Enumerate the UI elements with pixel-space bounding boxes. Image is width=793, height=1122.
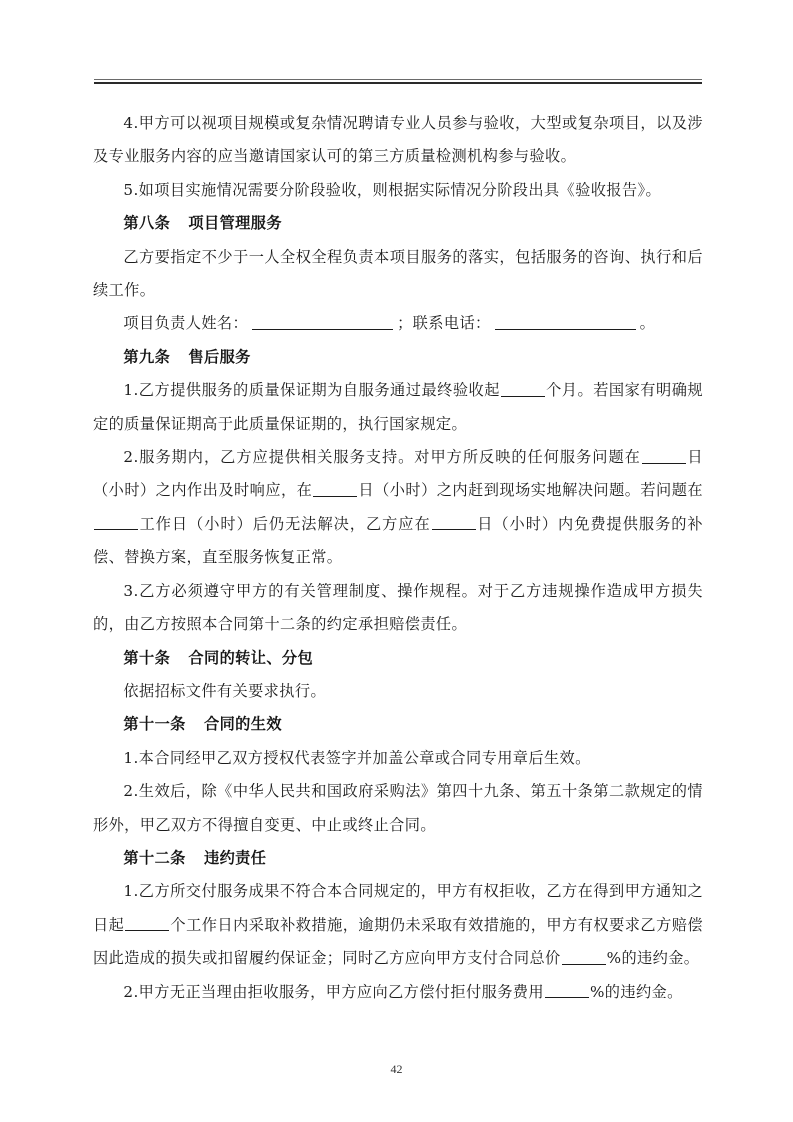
clause-title: 合同的生效	[204, 715, 282, 733]
paragraph-text: 依据招标文件有关要求执行。	[123, 682, 326, 700]
replacement-days-field[interactable]	[432, 513, 476, 530]
clause-8-heading: 第八条项目管理服务	[93, 207, 703, 240]
document-body: 4.甲方可以视项目规模或复杂情况聘请专业人员参与验收，大型或复杂项目，以及涉及专…	[93, 107, 703, 1009]
clause-number: 第八条	[123, 214, 170, 232]
paragraph-text: 1.本合同经甲乙双方授权代表签字并加盖公章或合同专用章后生效。	[123, 749, 590, 767]
clause-9-item-1: 1.乙方提供服务的质量保证期为自服务通过最终验收起个月。若国家有明确规定的质量保…	[93, 374, 703, 441]
clause-number: 第十二条	[123, 849, 185, 867]
paragraph-text: 2.甲方无正当理由拒收服务，甲方应向乙方偿付拒付服务费用	[123, 983, 544, 1001]
clause-title: 合同的转让、分包	[188, 649, 313, 667]
paragraph-text: 1.乙方提供服务的质量保证期为自服务通过最终验收起	[123, 381, 500, 399]
onsite-time-field[interactable]	[313, 480, 357, 497]
penalty-percent-field[interactable]	[562, 948, 606, 965]
clause-12-item-1: 1.乙方所交付服务成果不符合本合同规定的，甲方有权拒收，乙方在得到甲方通知之日起…	[93, 875, 703, 975]
paragraph-text: 5.如项目实施情况需要分阶段验收，则根据实际情况分阶段出具《验收报告》。	[123, 181, 661, 199]
clause-12-heading: 第十二条违约责任	[93, 842, 703, 875]
phone-field[interactable]	[495, 313, 636, 330]
period: 。	[640, 314, 656, 332]
clause-12-item-2: 2.甲方无正当理由拒收服务，甲方应向乙方偿付拒付服务费用%的违约金。	[93, 976, 703, 1009]
clause-10-body: 依据招标文件有关要求执行。	[93, 675, 703, 708]
paragraph-text: 2.生效后，除《中华人民共和国政府采购法》第四十九条、第五十条第二款规定的情形外…	[93, 782, 703, 833]
clause-number: 第十条	[123, 649, 170, 667]
paragraph-text: 4.甲方可以视项目规模或复杂情况聘请专业人员参与验收，大型或复杂项目，以及涉及专…	[93, 114, 703, 165]
paragraph-text: 乙方要指定不少于一人全权全程负责本项目服务的落实，包括服务的咨询、执行和后续工作…	[93, 248, 703, 299]
page-number: 42	[0, 1062, 793, 1077]
unresolved-days-field[interactable]	[94, 513, 138, 530]
paragraph-text: %的违约金。	[607, 949, 700, 967]
clause-7-item-5: 5.如项目实施情况需要分阶段验收，则根据实际情况分阶段出具《验收报告》。	[93, 174, 703, 207]
clause-number: 第九条	[123, 348, 170, 366]
clause-9-item-2: 2.服务期内，乙方应提供相关服务支持。对甲方所反映的任何服务问题在日（小时）之内…	[93, 441, 703, 575]
paragraph-text: 3.乙方必须遵守甲方的有关管理制度、操作规程。对于乙方违规操作造成甲方损失的，由…	[93, 582, 703, 633]
warranty-months-field[interactable]	[501, 380, 545, 397]
manager-name-field[interactable]	[252, 313, 393, 330]
clause-10-heading: 第十条合同的转让、分包	[93, 642, 703, 675]
clause-8-body: 乙方要指定不少于一人全权全程负责本项目服务的落实，包括服务的咨询、执行和后续工作…	[93, 241, 703, 308]
clause-9-heading: 第九条售后服务	[93, 341, 703, 374]
clause-11-item-1: 1.本合同经甲乙双方授权代表签字并加盖公章或合同专用章后生效。	[93, 742, 703, 775]
project-manager-contact: 项目负责人姓名：；联系电话：。	[93, 307, 703, 340]
refusal-penalty-percent-field[interactable]	[545, 981, 589, 998]
clause-title: 违约责任	[204, 849, 266, 867]
paragraph-text: 工作日（小时）后仍无法解决，乙方应在	[139, 515, 431, 533]
phone-label: ；联系电话：	[397, 314, 491, 332]
clause-9-item-3: 3.乙方必须遵守甲方的有关管理制度、操作规程。对于乙方违规操作造成甲方损失的，由…	[93, 575, 703, 642]
paragraph-text: %的违约金。	[590, 983, 683, 1001]
clause-number: 第十一条	[123, 715, 185, 733]
clause-11-item-2: 2.生效后，除《中华人民共和国政府采购法》第四十九条、第五十条第二款规定的情形外…	[93, 775, 703, 842]
remedy-days-field[interactable]	[125, 914, 169, 931]
paragraph-text: 2.服务期内，乙方应提供相关服务支持。对甲方所反映的任何服务问题在	[123, 448, 640, 466]
response-time-field[interactable]	[642, 447, 686, 464]
manager-name-label: 项目负责人姓名：	[123, 314, 248, 332]
header-rule	[94, 79, 702, 84]
clause-title: 项目管理服务	[188, 214, 282, 232]
clause-7-item-4: 4.甲方可以视项目规模或复杂情况聘请专业人员参与验收，大型或复杂项目，以及涉及专…	[93, 107, 703, 174]
paragraph-text: 日（小时）之内赶到现场实地解决问题。若问题在	[358, 481, 703, 499]
clause-11-heading: 第十一条合同的生效	[93, 708, 703, 741]
clause-title: 售后服务	[188, 348, 250, 366]
